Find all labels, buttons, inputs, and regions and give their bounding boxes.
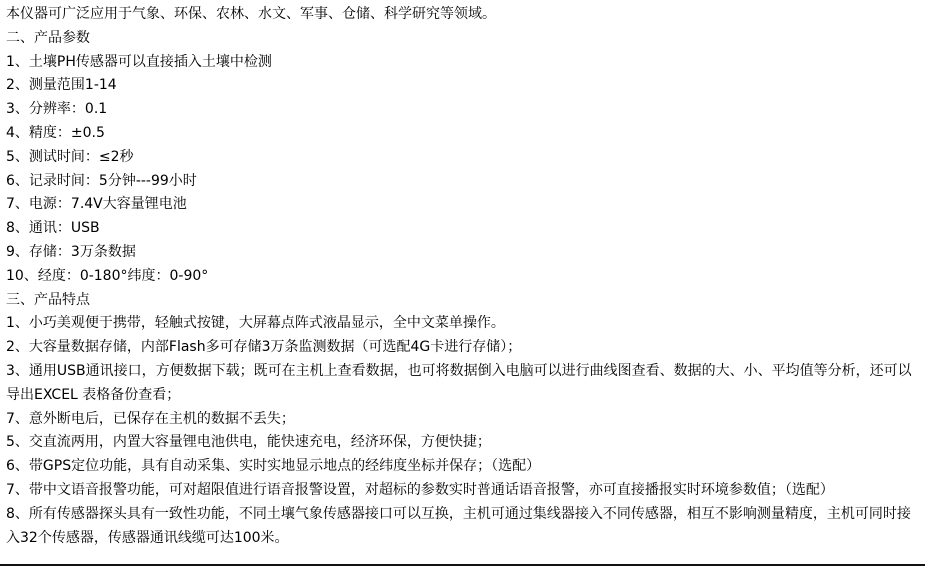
param-item: 1、土壤PH传感器可以直接插入土壤中检测 <box>6 51 922 75</box>
param-item: 4、精度：±0.5 <box>6 122 922 146</box>
feature-item: 1、小巧美观便于携带，轻触式按键，大屏幕点阵式液晶显示，全中文菜单操作。 <box>6 312 922 336</box>
feature-item: 5、交直流两用，内置大容量锂电池供电，能快速充电，经济环保，方便快捷； <box>6 431 922 455</box>
params-heading: 二、产品参数 <box>6 27 922 51</box>
param-item: 10、经度：0-180°纬度：0-90° <box>6 265 922 289</box>
feature-item: 7、意外断电后，已保存在主机的数据不丢失； <box>6 408 922 432</box>
feature-item: 7、带中文语音报警功能，可对超限值进行语音报警设置，对超标的参数实时普通话语音报… <box>6 479 922 503</box>
intro-paragraph: 本仪器可广泛应用于气象、环保、农林、水文、军事、仓储、科学研究等领域。 <box>6 3 922 27</box>
feature-item: 6、带GPS定位功能，具有自动采集、实时实地显示地点的经纬度坐标并保存；（选配） <box>6 455 922 479</box>
features-heading: 三、产品特点 <box>6 289 922 313</box>
param-item: 9、存储：3万条数据 <box>6 241 922 265</box>
param-item: 5、测试时间：≤2秒 <box>6 146 922 170</box>
param-item: 6、记录时间：5分钟---99小时 <box>6 170 922 194</box>
param-item: 8、通讯：USB <box>6 217 922 241</box>
bottom-divider <box>0 564 925 566</box>
feature-item: 8、所有传感器探头具有一致性功能，不同土壤气象传感器接口可以互换，主机可通过集线… <box>6 503 922 551</box>
param-item: 3、分辨率：0.1 <box>6 98 922 122</box>
document-body: 本仪器可广泛应用于气象、环保、农林、水文、军事、仓储、科学研究等领域。 二、产品… <box>6 3 922 550</box>
feature-item: 2、大容量数据存储，内部Flash多可存储3万条监测数据（可选配4G卡进行存储）… <box>6 336 922 360</box>
param-item: 7、电源：7.4V大容量锂电池 <box>6 193 922 217</box>
feature-item: 3、通用USB通讯接口，方便数据下载；既可在主机上查看数据，也可将数据倒入电脑可… <box>6 360 922 408</box>
param-item: 2、测量范围1-14 <box>6 74 922 98</box>
